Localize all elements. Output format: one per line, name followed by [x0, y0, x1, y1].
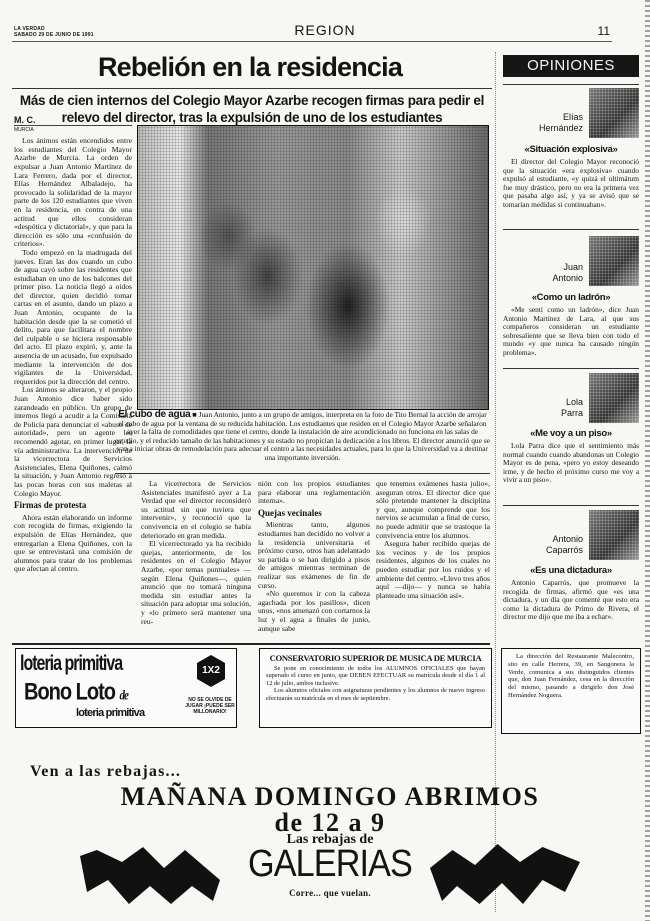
conservatorio-notice: CONSERVATORIO SUPERIOR DE MUSICA DE MURC…: [259, 648, 492, 728]
opinion-name: Lola Parra: [561, 397, 583, 419]
paragraph: Asegura haber recibido quejas de los vec…: [376, 540, 490, 600]
opinion-rule: [503, 505, 639, 506]
paragraph: El vicerrectorado ya ha recibido quejas,…: [141, 540, 251, 626]
restaurante-notice: La dirección del Restaurante Malecontro,…: [501, 648, 641, 734]
page-edge: [645, 0, 650, 921]
caption-text: Juan Antonio, junto a un grupo de amigos…: [115, 410, 490, 462]
opinion-rule: [503, 368, 639, 369]
opinions-title: OPINIONES: [503, 55, 639, 77]
opinion-name: Antonio Caparrós: [546, 534, 583, 556]
article-column-4: que tenemos exámenes hasta julio», asegu…: [376, 480, 490, 600]
caption-rule: [115, 473, 490, 474]
galerias-banner: Las rebajas de GALERIAS Corre... que vue…: [80, 838, 580, 912]
opinion-rule: [503, 229, 639, 230]
portrait-photo: [589, 510, 639, 560]
paragraph: que tenemos exámenes hasta julio», asegu…: [376, 480, 490, 540]
photo-caption: El cubo de agua ■ Juan Antonio, junto a …: [115, 411, 490, 463]
section-subtitle: Firmas de protesta: [14, 501, 132, 510]
headline-rule: [12, 88, 492, 89]
opinions-rule: [503, 84, 639, 85]
article-photo: [137, 125, 489, 410]
paragraph: nión con los propios estudiantes para el…: [258, 480, 370, 506]
paragraph: La vicerrectora de Servicios Asistencial…: [141, 480, 251, 540]
opinion-item: Elías Hernández «Situación explosiva» El…: [503, 88, 639, 238]
opinion-item: Antonio Caparrós «Es una dictadura» Anto…: [503, 510, 639, 640]
opinion-quote: «Es una dictadura»: [503, 565, 639, 576]
quiniela-logo-icon: 1X2: [197, 655, 225, 687]
notice-paragraph: Los alumnos oficiales con asignaturas pe…: [266, 687, 485, 702]
section-subtitle: Quejas vecinales: [258, 509, 370, 518]
galerias-brand: GALERIAS: [231, 844, 429, 884]
running-legs-illustration: [430, 844, 580, 904]
opinion-quote: «Como un ladrón»: [503, 292, 639, 303]
opinion-text: Antonio Caparrós, que promueve la recogi…: [503, 579, 639, 622]
paragraph: Los ánimos están encendidos entre los es…: [14, 137, 132, 249]
section-title: REGION: [0, 22, 650, 38]
top-rule: [12, 41, 612, 42]
portrait-photo: [589, 236, 639, 286]
opinion-name: Elías Hernández: [539, 112, 583, 134]
byline: M. C.: [14, 116, 132, 125]
dateline: MURCIA: [14, 125, 132, 135]
galerias-headline-1: Ven a las rebajas...: [30, 763, 450, 781]
portrait-photo: [589, 88, 639, 138]
opinion-item: Juan Antonio «Como un ladrón» «Me sentí …: [503, 236, 639, 376]
opinion-quote: «Me voy a un piso»: [503, 428, 639, 439]
page-number: 11: [598, 24, 610, 38]
loteria-primitiva-logo: loteria primitiva: [20, 653, 122, 676]
galerias-tagline: Corre... que vuelan.: [220, 888, 440, 898]
notice-paragraph: Se pone en conocimiento de todos los ALU…: [266, 665, 485, 687]
portrait-photo: [589, 373, 639, 423]
article-column-2: La vicerrectora de Servicios Asistencial…: [141, 480, 251, 626]
article-column-1: M. C. MURCIA Los ánimos están encendidos…: [14, 116, 132, 574]
opinion-text: Lola Parra dice que el sentimiento más n…: [503, 442, 639, 485]
quiniela-slogan: NO SE OLVIDE DE JUGAR ¡PUEDE SER MILLONA…: [184, 697, 236, 715]
opinion-name: Juan Antonio: [552, 262, 583, 284]
notice-title: CONSERVATORIO SUPERIOR DE MUSICA DE MURC…: [266, 653, 485, 663]
paragraph: Mientras tanto, algunos estudiantes han …: [258, 521, 370, 590]
running-legs-illustration: [80, 844, 220, 904]
opinion-text: «Me sentí como un ladrón», dice Juan Ant…: [503, 306, 639, 357]
article-column-3: nión con los propios estudiantes para el…: [258, 480, 370, 633]
paragraph: «No queremos ir con la cabeza agachada p…: [258, 590, 370, 633]
opinion-quote: «Situación explosiva»: [503, 144, 639, 155]
bonoloto-logo: Bono Loto de: [24, 679, 128, 707]
opinion-text: El director del Colegio Mayor reconoció …: [503, 158, 639, 209]
paragraph: Todo empezó en la madrugada del jueves. …: [14, 249, 132, 387]
loteria-ad: loteria primitiva Bono Loto de loteria p…: [15, 648, 237, 728]
paragraph: Ahora están elaborando un informe con re…: [14, 514, 132, 574]
loteria-primitiva-small-logo: loteria primitiva: [76, 707, 144, 719]
opinion-item: Lola Parra «Me voy a un piso» Lola Parra…: [503, 373, 639, 513]
article-headline: Rebelión en la residencia: [10, 52, 490, 83]
ads-rule: [12, 643, 490, 645]
